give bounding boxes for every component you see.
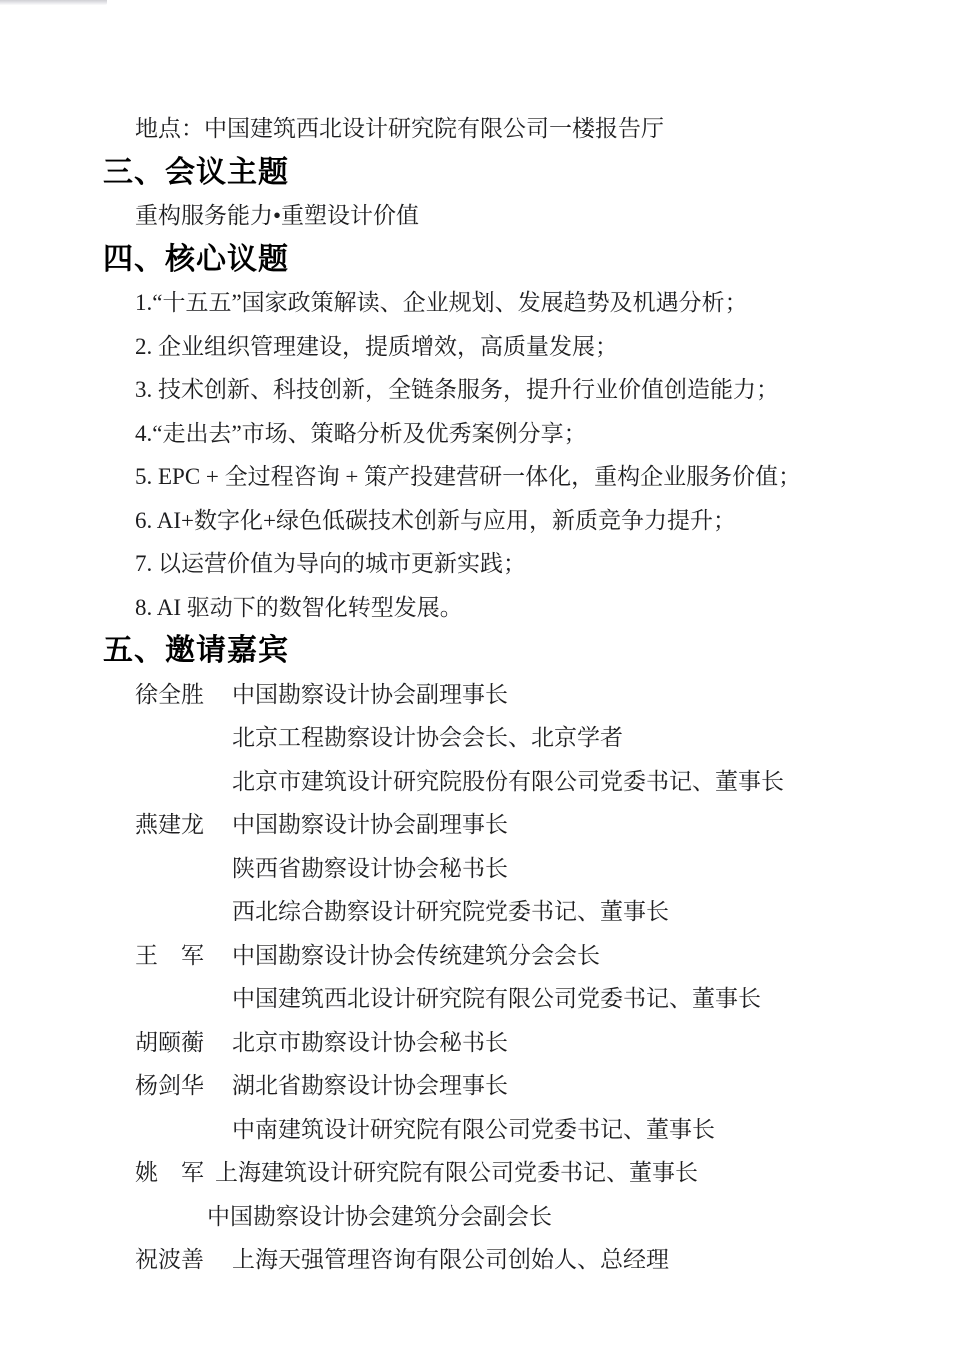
guest-name: 王 军 [135,934,232,978]
guest-row: 姚 军上海建筑设计研究院有限公司党委书记、董事长 [0,1151,980,1195]
guest-title: 湖北省勘察设计协会理事长 [232,1073,508,1098]
topic-item-7: 7. 以运营价值为导向的城市更新实践； [0,542,980,586]
topic-item-2: 2. 企业组织管理建设，提质增效，高质量发展； [0,325,980,369]
topic-item-8: 8. AI 驱动下的数智化转型发展。 [0,586,980,630]
guest-title: 中国勘察设计协会传统建筑分会会长 [232,943,600,968]
guest-row: 徐全胜中国勘察设计协会副理事长 [0,673,980,717]
topic-item-5: 5. EPC + 全过程咨询 + 策产投建营研一体化，重构企业服务价值； [0,455,980,499]
guest-title-continuation: 陕西省勘察设计协会秘书长 [0,847,980,891]
guest-title: 中国勘察设计协会副理事长 [232,812,508,837]
guest-title-continuation: 北京工程勘察设计协会会长、北京学者 [0,716,980,760]
guest-row: 燕建龙中国勘察设计协会副理事长 [0,803,980,847]
section-heading-theme: 三、会议主题 [0,151,980,195]
guest-title: 上海建筑设计研究院有限公司党委书记、董事长 [215,1160,698,1185]
section-heading-guests: 五、邀请嘉宾 [0,629,980,673]
guest-row: 王 军中国勘察设计协会传统建筑分会会长 [0,934,980,978]
guest-title-continuation: 中国勘察设计协会建筑分会副会长 [0,1195,980,1239]
guest-name: 胡颐蘅 [135,1021,232,1065]
guest-title-continuation: 中国建筑西北设计研究院有限公司党委书记、董事长 [0,977,980,1021]
page-edge-artifact [0,0,107,5]
topic-item-1: 1.“十五五”国家政策解读、企业规划、发展趋势及机遇分析； [0,281,980,325]
theme-body: 重构服务能力•重塑设计价值 [0,194,980,238]
section-heading-core-topics: 四、核心议题 [0,238,980,282]
guest-title-continuation: 西北综合勘察设计研究院党委书记、董事长 [0,890,980,934]
location-line: 地点：中国建筑西北设计研究院有限公司一楼报告厅 [0,107,980,151]
document-page: 地点：中国建筑西北设计研究院有限公司一楼报告厅 三、会议主题 重构服务能力•重塑… [0,0,980,1346]
guest-title: 北京市勘察设计协会秘书长 [232,1030,508,1055]
guest-name: 祝波善 [135,1238,232,1282]
guest-title: 上海天强管理咨询有限公司创始人、总经理 [232,1247,669,1272]
guest-name: 姚 军 [135,1151,215,1195]
topic-item-6: 6. AI+数字化+绿色低碳技术创新与应用，新质竞争力提升； [0,499,980,543]
guest-row: 杨剑华湖北省勘察设计协会理事长 [0,1064,980,1108]
guest-title-continuation: 北京市建筑设计研究院股份有限公司党委书记、董事长 [0,760,980,804]
guest-name: 杨剑华 [135,1064,232,1108]
guest-row: 祝波善上海天强管理咨询有限公司创始人、总经理 [0,1238,980,1282]
guest-row: 胡颐蘅北京市勘察设计协会秘书长 [0,1021,980,1065]
topic-item-3: 3. 技术创新、科技创新，全链条服务，提升行业价值创造能力； [0,368,980,412]
guest-title-continuation: 中南建筑设计研究院有限公司党委书记、董事长 [0,1108,980,1152]
guest-title: 中国勘察设计协会副理事长 [232,682,508,707]
guest-name: 燕建龙 [135,803,232,847]
guest-name: 徐全胜 [135,673,232,717]
topic-item-4: 4.“走出去”市场、策略分析及优秀案例分享； [0,412,980,456]
document-body: 地点：中国建筑西北设计研究院有限公司一楼报告厅 三、会议主题 重构服务能力•重塑… [0,0,980,1282]
